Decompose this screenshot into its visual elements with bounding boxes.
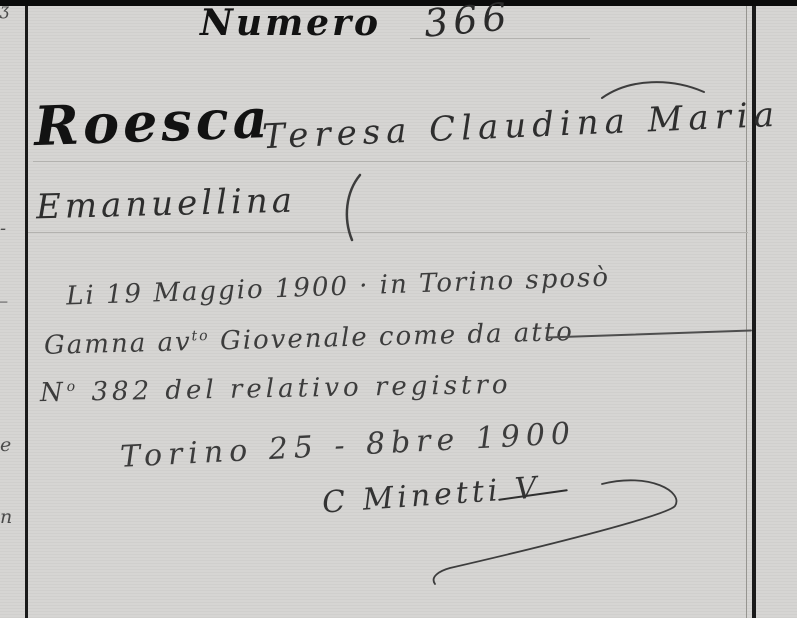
ruled-baseline-numero: [410, 38, 590, 39]
signature-flourish: [420, 470, 700, 590]
numero-label: Numero: [200, 2, 381, 44]
annotation-line-2: Gamna avto Giovenale come da atto: [44, 317, 575, 361]
annotation-line-3-text: N: [40, 378, 67, 408]
entry-given-names-continued: Emanuellina: [36, 181, 297, 228]
margin-fragment: ʒ: [0, 0, 9, 19]
margin-fragment: —: [0, 294, 8, 310]
register-page-scan: Numero 366 Roesca Teresa Claudina Maria …: [0, 0, 797, 618]
annotation-date-line: Torino 25 - 8bre 1900: [119, 416, 576, 475]
ruled-baseline-name: [33, 161, 749, 162]
annotation-line-3: No 382 del relativo registro: [40, 370, 512, 408]
annotation-line-2-rest: Giovenale come da atto: [220, 317, 575, 356]
entry-surname: Roesca: [33, 86, 273, 158]
margin-fragment: n: [0, 506, 12, 528]
annotation-line-1: Li 19 Maggio 1900 · in Torino sposò: [66, 263, 611, 312]
ink-flourish-top: [600, 80, 710, 110]
annotation-line-3-superscript: o: [67, 379, 80, 395]
margin-fragment: -: [0, 218, 6, 239]
scan-top-edge: [0, 0, 797, 6]
annotation-line-2-text: Gamna av: [44, 327, 192, 361]
margin-fragment: e: [0, 434, 11, 456]
ruled-baseline-name2: [28, 232, 748, 233]
ink-flourish-descender: [338, 172, 368, 244]
annotation-line-3-rest: 382 del relativo registro: [91, 370, 512, 407]
column-rule-left: [25, 6, 28, 618]
annotation-line-2-superscript: to: [191, 328, 209, 344]
ink-stroke-t-cross: [546, 329, 752, 338]
